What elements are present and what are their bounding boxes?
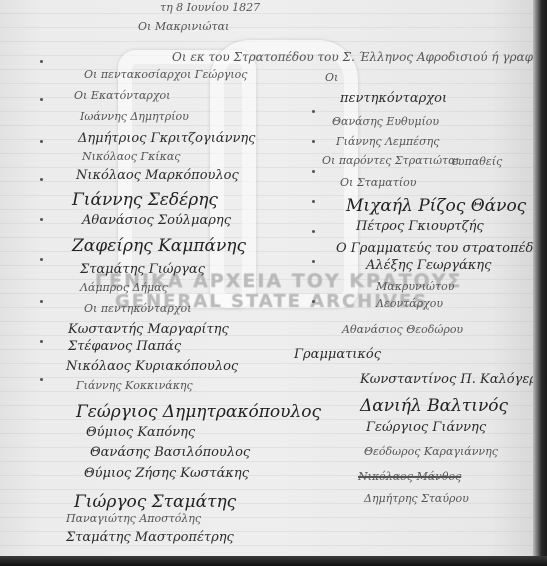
- right-column-entry: Πέτρος Γκιουρτζής: [356, 219, 484, 234]
- date-line: τη 8 Ιουνίου 1827: [160, 1, 260, 14]
- subtitle-line: Οι Μακρινιώται: [138, 20, 229, 33]
- margin-mark: [40, 178, 43, 181]
- margin-mark: [312, 300, 315, 303]
- margin-mark: [40, 60, 43, 63]
- margin-mark: [40, 140, 43, 143]
- right-column-entry: Μιχαήλ Ρίζος Θάνος: [346, 196, 526, 216]
- right-column-entry: Γιάννης Λεμπέσης: [336, 135, 439, 148]
- margin-mark: [40, 378, 43, 381]
- left-column-entry: Στέφανος Παπάς: [68, 339, 181, 354]
- left-column-entry: Γεώργιος Δημητρακόπουλος: [76, 402, 321, 422]
- right-column-entry: Θανάσης Ευθυμίου: [332, 115, 439, 128]
- right-column-entry: Ο Γραμματεύς του στρατοπέδου: [336, 241, 533, 256]
- margin-mark: [40, 218, 43, 221]
- left-column-entry: Οι πεντηκόνταρχοι: [84, 302, 191, 315]
- margin-mark: [312, 140, 315, 143]
- left-column-entry: Ζαφείρης Καμπάνης: [72, 236, 246, 256]
- right-column-entry: Δανιήλ Βαλτινός: [360, 396, 508, 416]
- margin-mark: [312, 200, 315, 203]
- right-column-entry: Δημήτρης Σταύρου: [364, 492, 469, 505]
- right-column-entry: Γραμματικός: [294, 347, 381, 362]
- left-column-entry: Γιάννης Κοκκινάκης: [76, 379, 193, 392]
- right-column-entry: Λεοντάρχου: [376, 297, 443, 310]
- margin-mark: [312, 110, 315, 113]
- left-column-entry: Θύμιος Καπόνης: [86, 425, 195, 440]
- margin-mark: [312, 170, 315, 173]
- right-column-entry: Οι Σταματίου: [340, 176, 416, 189]
- left-column-entry: Νικόλαος Μαρκόπουλος: [76, 168, 239, 183]
- right-column-entry: Αθανάσιος Θεοδώρου: [342, 323, 463, 336]
- left-column-entry: Ιωάννης Δημητρίου: [80, 110, 189, 123]
- right-column-entry: Νικόλαος Μάνθος: [358, 470, 461, 483]
- left-column-entry: Νικόλαος Γκίκας: [82, 150, 180, 163]
- left-column-entry: Σταμάτης Γιώργας: [80, 262, 205, 277]
- margin-mark: [40, 300, 43, 303]
- margin-mark: [40, 98, 43, 101]
- right-column-entry: Θεόδωρος Καραγιάννης: [364, 445, 498, 458]
- left-column-entry: Λάμπρος Δήμας: [80, 281, 168, 294]
- left-column-entry: Οι πεντακοσίαρχοι Γεώργιος: [84, 68, 247, 81]
- left-column-entry: Γιώργος Σταμάτης: [74, 492, 236, 512]
- margin-note: ευπαθείς: [452, 155, 502, 168]
- margin-mark: [40, 340, 43, 343]
- margin-mark: [40, 258, 43, 261]
- left-column-entry: Θανάσης Βασιλόπουλος: [90, 445, 250, 460]
- left-column-entry: Αθανάσιος Σούλμαρης: [82, 213, 231, 228]
- right-column-entry: Οι παρόντες Στρατιώται: [322, 154, 460, 167]
- right-column-entry: Οι: [325, 71, 338, 84]
- left-column-entry: Νικόλαος Κυριακόπουλος: [66, 359, 238, 374]
- left-column-entry: Οι Εκατόνταρχοι: [74, 89, 170, 102]
- right-column-entry: πεντηκόνταρχοι: [340, 91, 447, 106]
- page-edge-bottom: [0, 556, 547, 566]
- page-edge-right: [533, 0, 547, 566]
- left-column-entry: Θύμιος Ζήσης Κωστάκης: [84, 466, 249, 481]
- right-column-entry: Μακρυνιώτου: [376, 280, 454, 293]
- right-column-entry: Κωνσταντίνος Π. Καλόγερος: [360, 372, 533, 387]
- margin-mark: [312, 230, 315, 233]
- right-column-entry: Γεώργιος Γιάννης: [366, 420, 486, 435]
- heading-line: Οι εκ του Στρατοπέδου του Σ. Έλληνος Αφρ…: [172, 50, 533, 64]
- left-column-entry: Γιάννης Σεδέρης: [72, 190, 218, 210]
- manuscript-page: ΓΕΝΙΚΑ ΑΡΧΕΙΑ ΤΟΥ ΚΡΑΤΟΥΣ GENERAL STATE …: [0, 0, 533, 556]
- left-column-entry: Δημήτριος Γκριτζογιάννης: [78, 131, 255, 146]
- left-column-entry: Σταμάτης Μαστροπέτρης: [66, 530, 234, 545]
- right-column-entry: Αλέξης Γεωργάκης: [366, 258, 491, 273]
- left-column-entry: Κωσταντής Μαργαρίτης: [68, 322, 229, 337]
- left-column-entry: Παναγιώτης Αποστόλης: [66, 512, 201, 525]
- margin-mark: [312, 260, 315, 263]
